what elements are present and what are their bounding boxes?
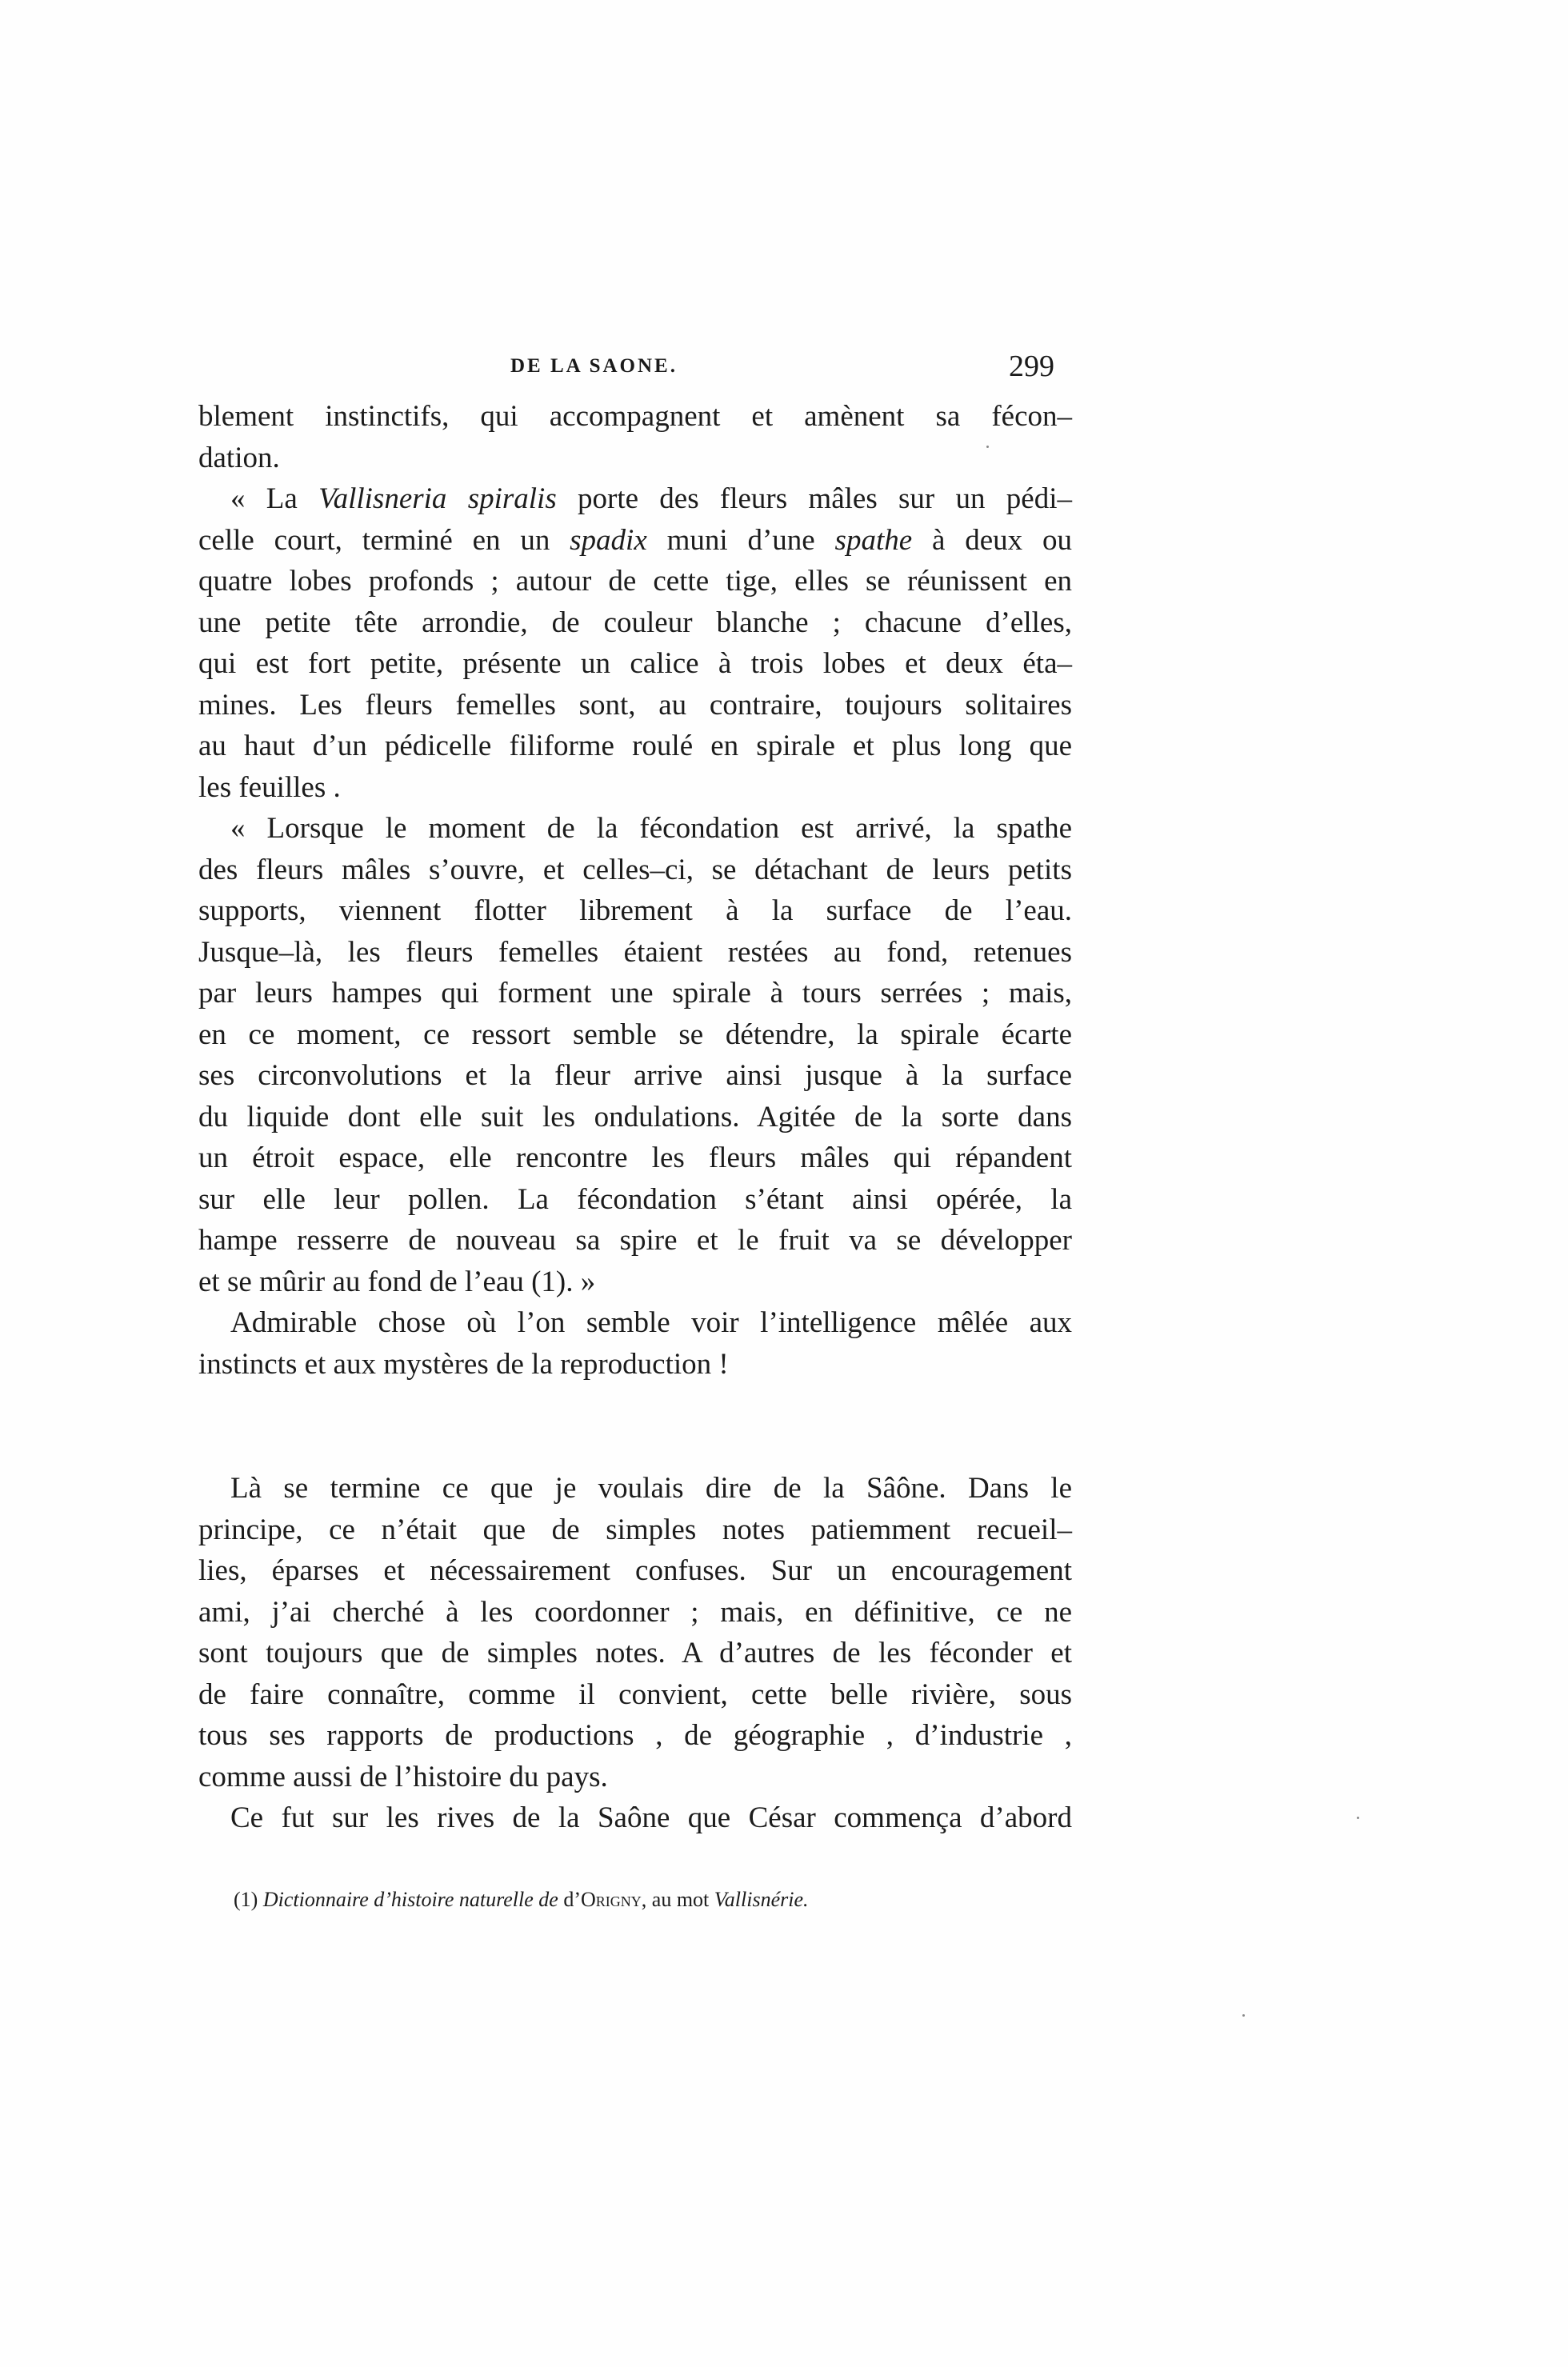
footnote-word: Vallisnérie. (714, 1888, 809, 1911)
footnote-author: Origny (581, 1888, 642, 1911)
text-line: tous ses rapports de productions , de gé… (198, 1715, 1072, 1757)
text-line: mines. Les fleurs femelles sont, au cont… (198, 685, 1072, 726)
footnote-marker: (1) (234, 1888, 263, 1911)
text-line: Jusque–là, les fleurs femelles étaient r… (198, 932, 1072, 974)
page-number: 299 (1009, 349, 1054, 384)
text-span: muni d’une (647, 524, 835, 557)
text-line: quatre lobes profonds ; autour de cette … (198, 561, 1072, 602)
italic-species-name: Vallisneria spiralis (318, 482, 557, 515)
text-line-spadix: celle court, terminé en un spadix muni d… (198, 520, 1072, 562)
text-line: Là se termine ce que je voulais dire de … (198, 1468, 1072, 1509)
text-line: les feuilles . (198, 767, 1072, 809)
text-span: celle court, terminé en un (198, 524, 570, 557)
text-line: qui est fort petite, présente un calice … (198, 643, 1072, 685)
running-head-title: DE LA SAONE. (510, 355, 678, 378)
text-line: comme aussi de l’histoire du pays. (198, 1757, 1072, 1798)
text-line: un étroit espace, elle rencontre les fle… (198, 1138, 1072, 1179)
text-line: et se mûrir au fond de l’eau (1). » (198, 1261, 1072, 1303)
text-line: ami, j’ai cherché à les coordonner ; mai… (198, 1592, 1072, 1633)
text-line: instincts et aux mystères de la reproduc… (198, 1344, 1072, 1385)
text-line: hampe resserre de nouveau sa spire et le… (198, 1220, 1072, 1261)
text-line: du liquide dont elle suit les ondulation… (198, 1097, 1072, 1138)
text-line: une petite tête arrondie, de couleur bla… (198, 602, 1072, 644)
text-line: au haut d’un pédicelle filiforme roulé e… (198, 726, 1072, 767)
italic-term: spadix (570, 524, 647, 557)
text-line: lies, éparses et nécessairement confuses… (198, 1550, 1072, 1592)
text-span: , au mot (642, 1888, 714, 1911)
running-head: DE LA SAONE. 299 (198, 349, 1072, 389)
text-span: porte des fleurs mâles sur un pédi– (557, 482, 1072, 515)
text-line: dation. (198, 438, 1072, 479)
text-line-vallisneria: « La Vallisneria spiralis porte des fleu… (198, 478, 1072, 520)
text-line: sur elle leur pollen. La fécondation s’é… (198, 1179, 1072, 1221)
body-text-block-1: blement instinctifs, qui accompagnent et… (198, 396, 1072, 1385)
text-line: « Lorsque le moment de la fécondation es… (198, 808, 1072, 850)
text-line: de faire connaître, comme il convient, c… (198, 1674, 1072, 1716)
scan-speck (1357, 1817, 1359, 1819)
text-span: « La (230, 482, 318, 515)
book-page: DE LA SAONE. 299 blement instinctifs, qu… (0, 0, 1568, 2367)
text-line: supports, viennent flotter librement à l… (198, 890, 1072, 932)
text-line: blement instinctifs, qui accompagnent et… (198, 396, 1072, 438)
footnote: (1) Dictionnaire d’histoire naturelle de… (234, 1888, 809, 1912)
scan-speck (986, 446, 989, 448)
text-line: par leurs hampes qui forment une spirale… (198, 973, 1072, 1014)
text-line: sont toujours que de simples notes. A d’… (198, 1633, 1072, 1674)
text-line: Ce fut sur les rives de la Saône que Cés… (198, 1797, 1072, 1839)
footnote-title: Dictionnaire d’histoire naturelle de (263, 1888, 558, 1911)
text-line: en ce moment, ce ressort semble se déten… (198, 1014, 1072, 1056)
scan-speck (1242, 2014, 1245, 2017)
text-line: des fleurs mâles s’ouvre, et celles–ci, … (198, 850, 1072, 891)
text-line: principe, ce n’était que de simples note… (198, 1509, 1072, 1551)
text-line: Admirable chose où l’on semble voir l’in… (198, 1302, 1072, 1344)
text-line: ses circonvolutions et la fleur arrive a… (198, 1055, 1072, 1097)
body-text-block-2: Là se termine ce que je voulais dire de … (198, 1468, 1072, 1839)
italic-term: spathe (835, 524, 913, 557)
text-span: à deux ou (912, 524, 1072, 557)
text-span: d’ (558, 1888, 581, 1911)
